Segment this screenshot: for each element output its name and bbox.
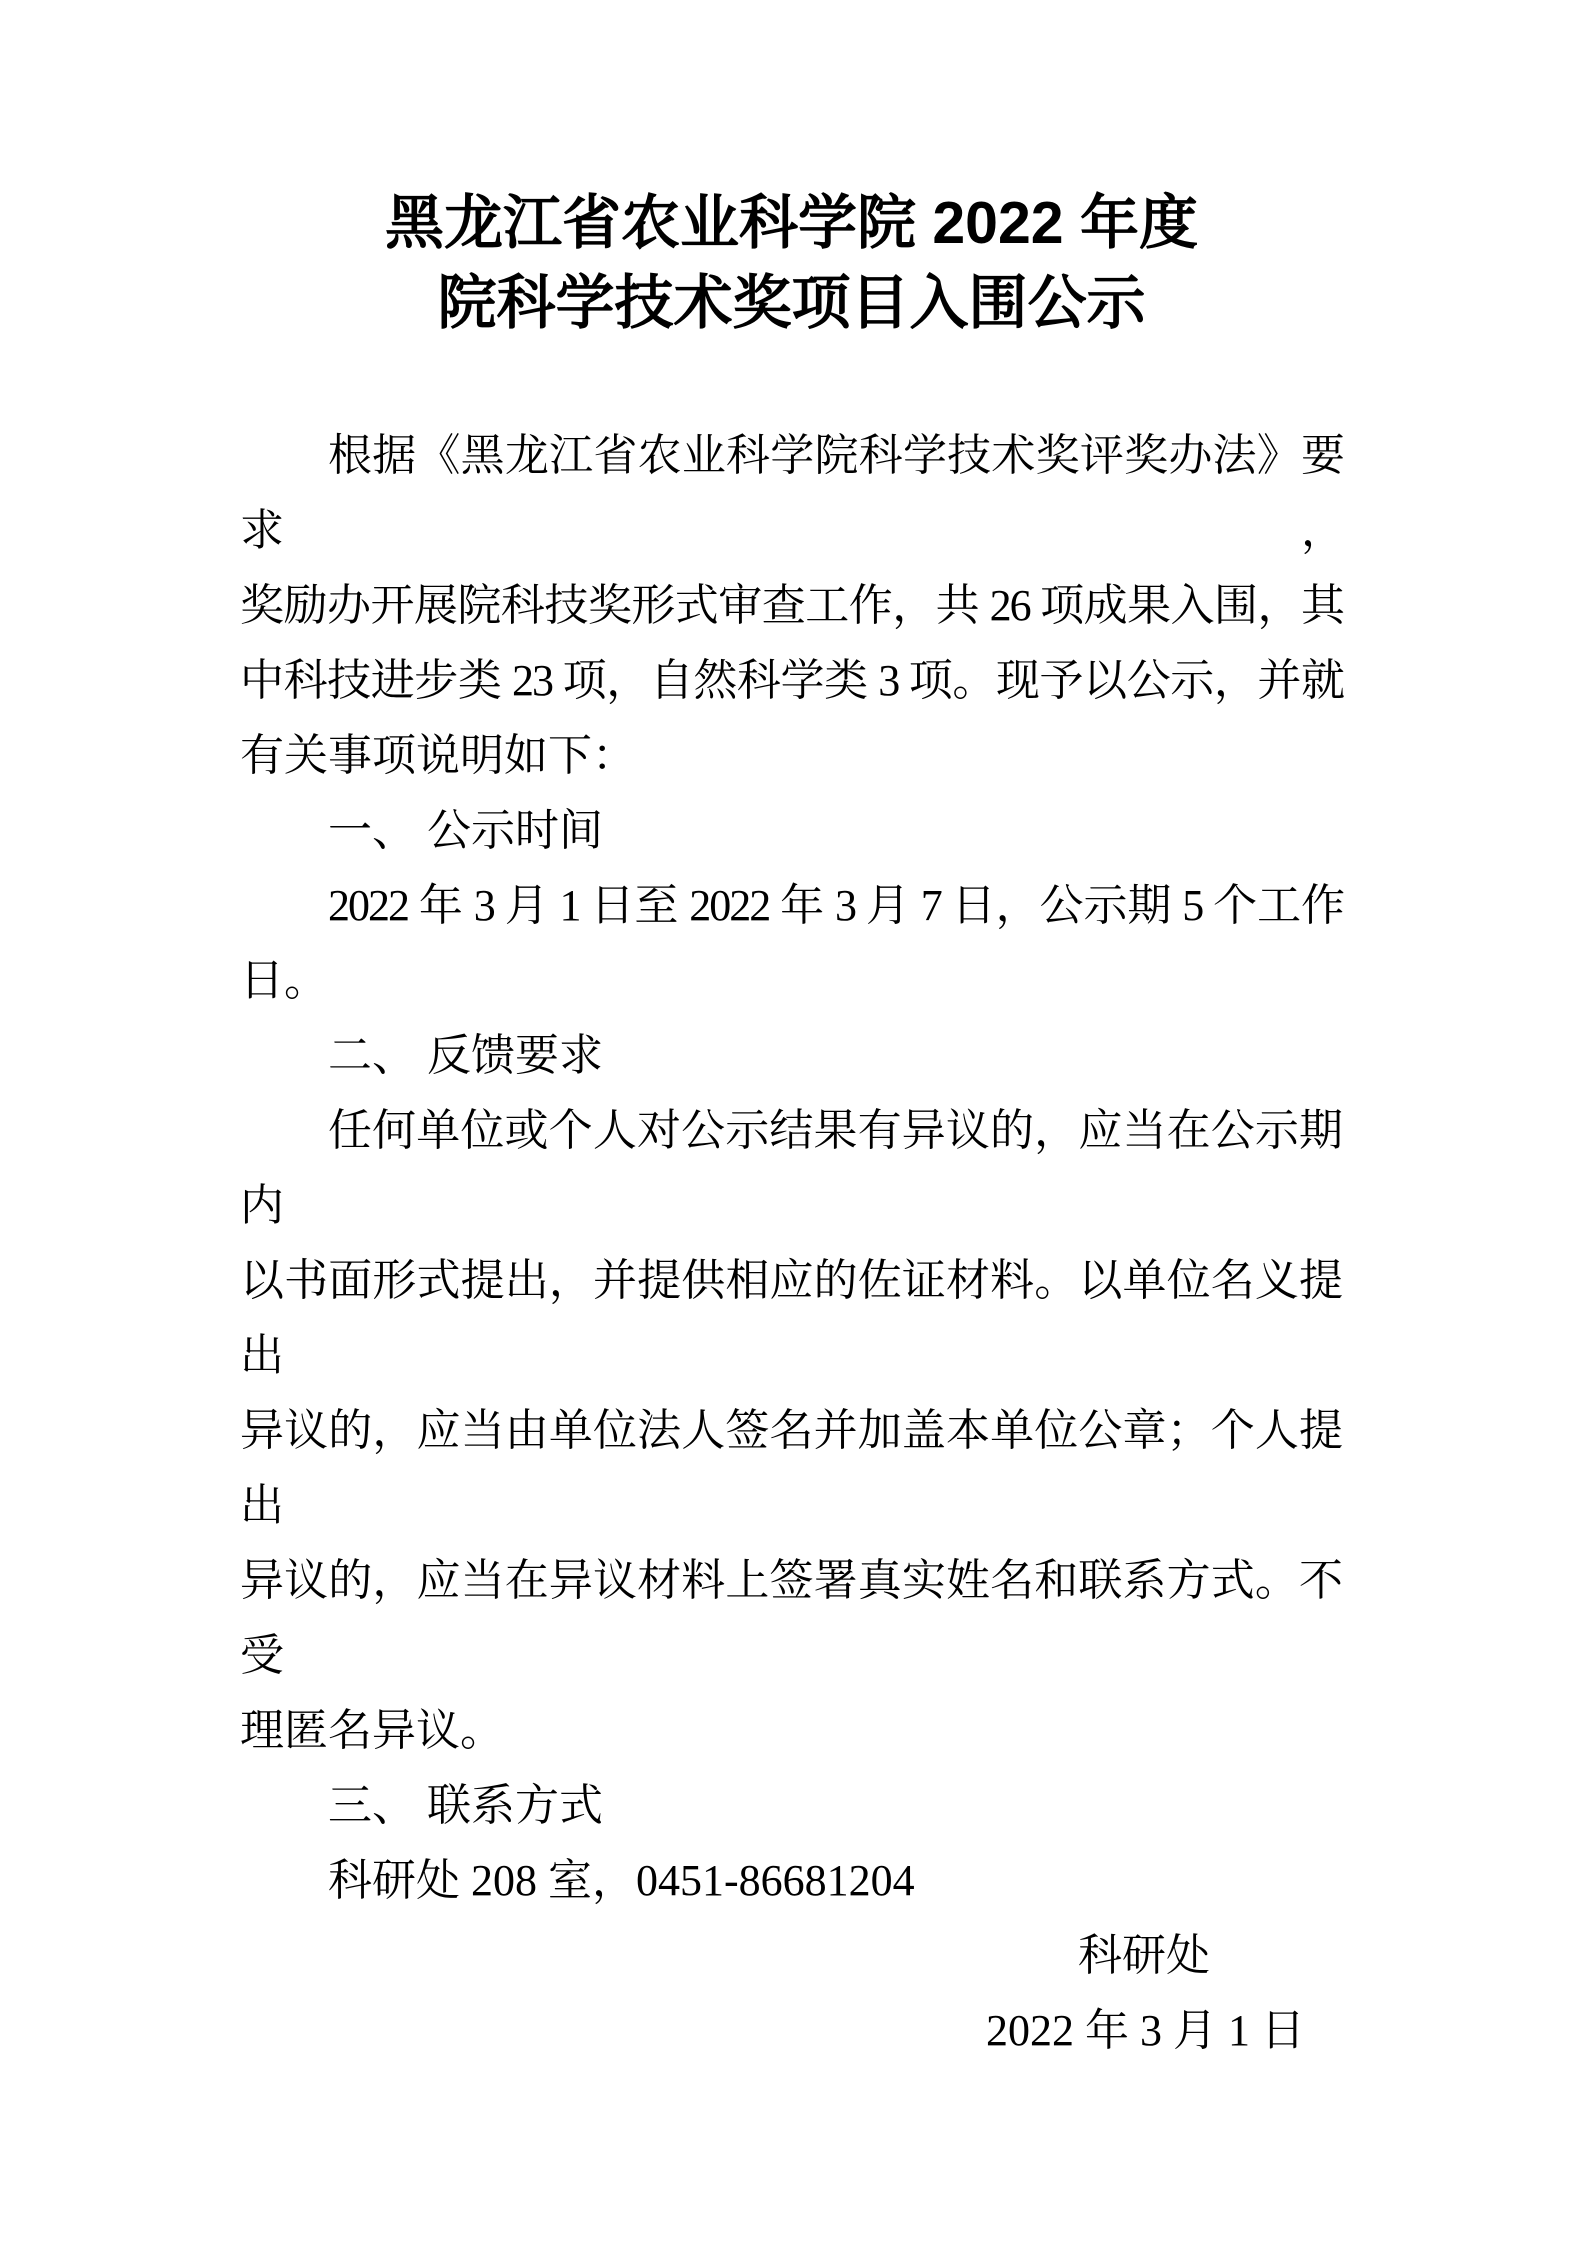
section-2-line: 以书面形式提出，并提供相应的佐证材料。以单位名义提出	[240, 1243, 1343, 1393]
section-1-line: 2022 年 3 月 1 日至 2022 年 3 月 7 日，公示期 5 个工作	[240, 868, 1343, 943]
document-page: 黑龙江省农业科学院 2022 年度 院科学技术奖项目入围公示 根据《黑龙江省农业…	[0, 0, 1587, 2245]
section-1-line: 日。	[240, 943, 1343, 1018]
section-1: 一、 公示时间 2022 年 3 月 1 日至 2022 年 3 月 7 日，公…	[240, 793, 1343, 1018]
section-2-line: 异议的，应当在异议材料上签署真实姓名和联系方式。不受	[240, 1543, 1343, 1693]
intro-line: 有关事项说明如下：	[240, 718, 1343, 793]
intro-line: 根据《黑龙江省农业科学院科学技术奖评奖办法》要求，	[240, 418, 1343, 568]
document-body: 根据《黑龙江省农业科学院科学技术奖评奖办法》要求， 奖励办开展院科技奖形式审查工…	[240, 418, 1343, 2068]
section-2: 二、 反馈要求 任何单位或个人对公示结果有异议的，应当在公示期内 以书面形式提出…	[240, 1018, 1343, 1768]
title-line-2: 院科学技术奖项目入围公示	[240, 263, 1343, 343]
document-title: 黑龙江省农业科学院 2022 年度 院科学技术奖项目入围公示	[240, 0, 1343, 343]
intro-line: 中科技进步类 23 项，自然科学类 3 项。现予以公示，并就	[240, 643, 1343, 718]
section-2-heading: 二、 反馈要求	[240, 1018, 1343, 1093]
signature-date: 2022 年 3 月 1 日	[240, 1993, 1343, 2068]
document-content: 黑龙江省农业科学院 2022 年度 院科学技术奖项目入围公示 根据《黑龙江省农业…	[0, 0, 1587, 2068]
section-1-heading: 一、 公示时间	[240, 793, 1343, 868]
signature-department: 科研处	[240, 1918, 1343, 1993]
title-line-1: 黑龙江省农业科学院 2022 年度	[240, 183, 1343, 263]
intro-line: 奖励办开展院科技奖形式审查工作，共 26 项成果入围，其	[240, 568, 1343, 643]
section-3-heading: 三、 联系方式	[240, 1768, 1343, 1843]
section-2-line: 任何单位或个人对公示结果有异议的，应当在公示期内	[240, 1093, 1343, 1243]
section-3-line: 科研处 208 室，0451-86681204	[240, 1843, 1343, 1918]
intro-paragraph: 根据《黑龙江省农业科学院科学技术奖评奖办法》要求， 奖励办开展院科技奖形式审查工…	[240, 418, 1343, 793]
section-2-line: 异议的，应当由单位法人签名并加盖本单位公章；个人提出	[240, 1393, 1343, 1543]
section-2-line: 理匿名异议。	[240, 1693, 1343, 1768]
section-3: 三、 联系方式 科研处 208 室，0451-86681204	[240, 1768, 1343, 1918]
signature-block: 科研处 2022 年 3 月 1 日	[240, 1918, 1343, 2068]
